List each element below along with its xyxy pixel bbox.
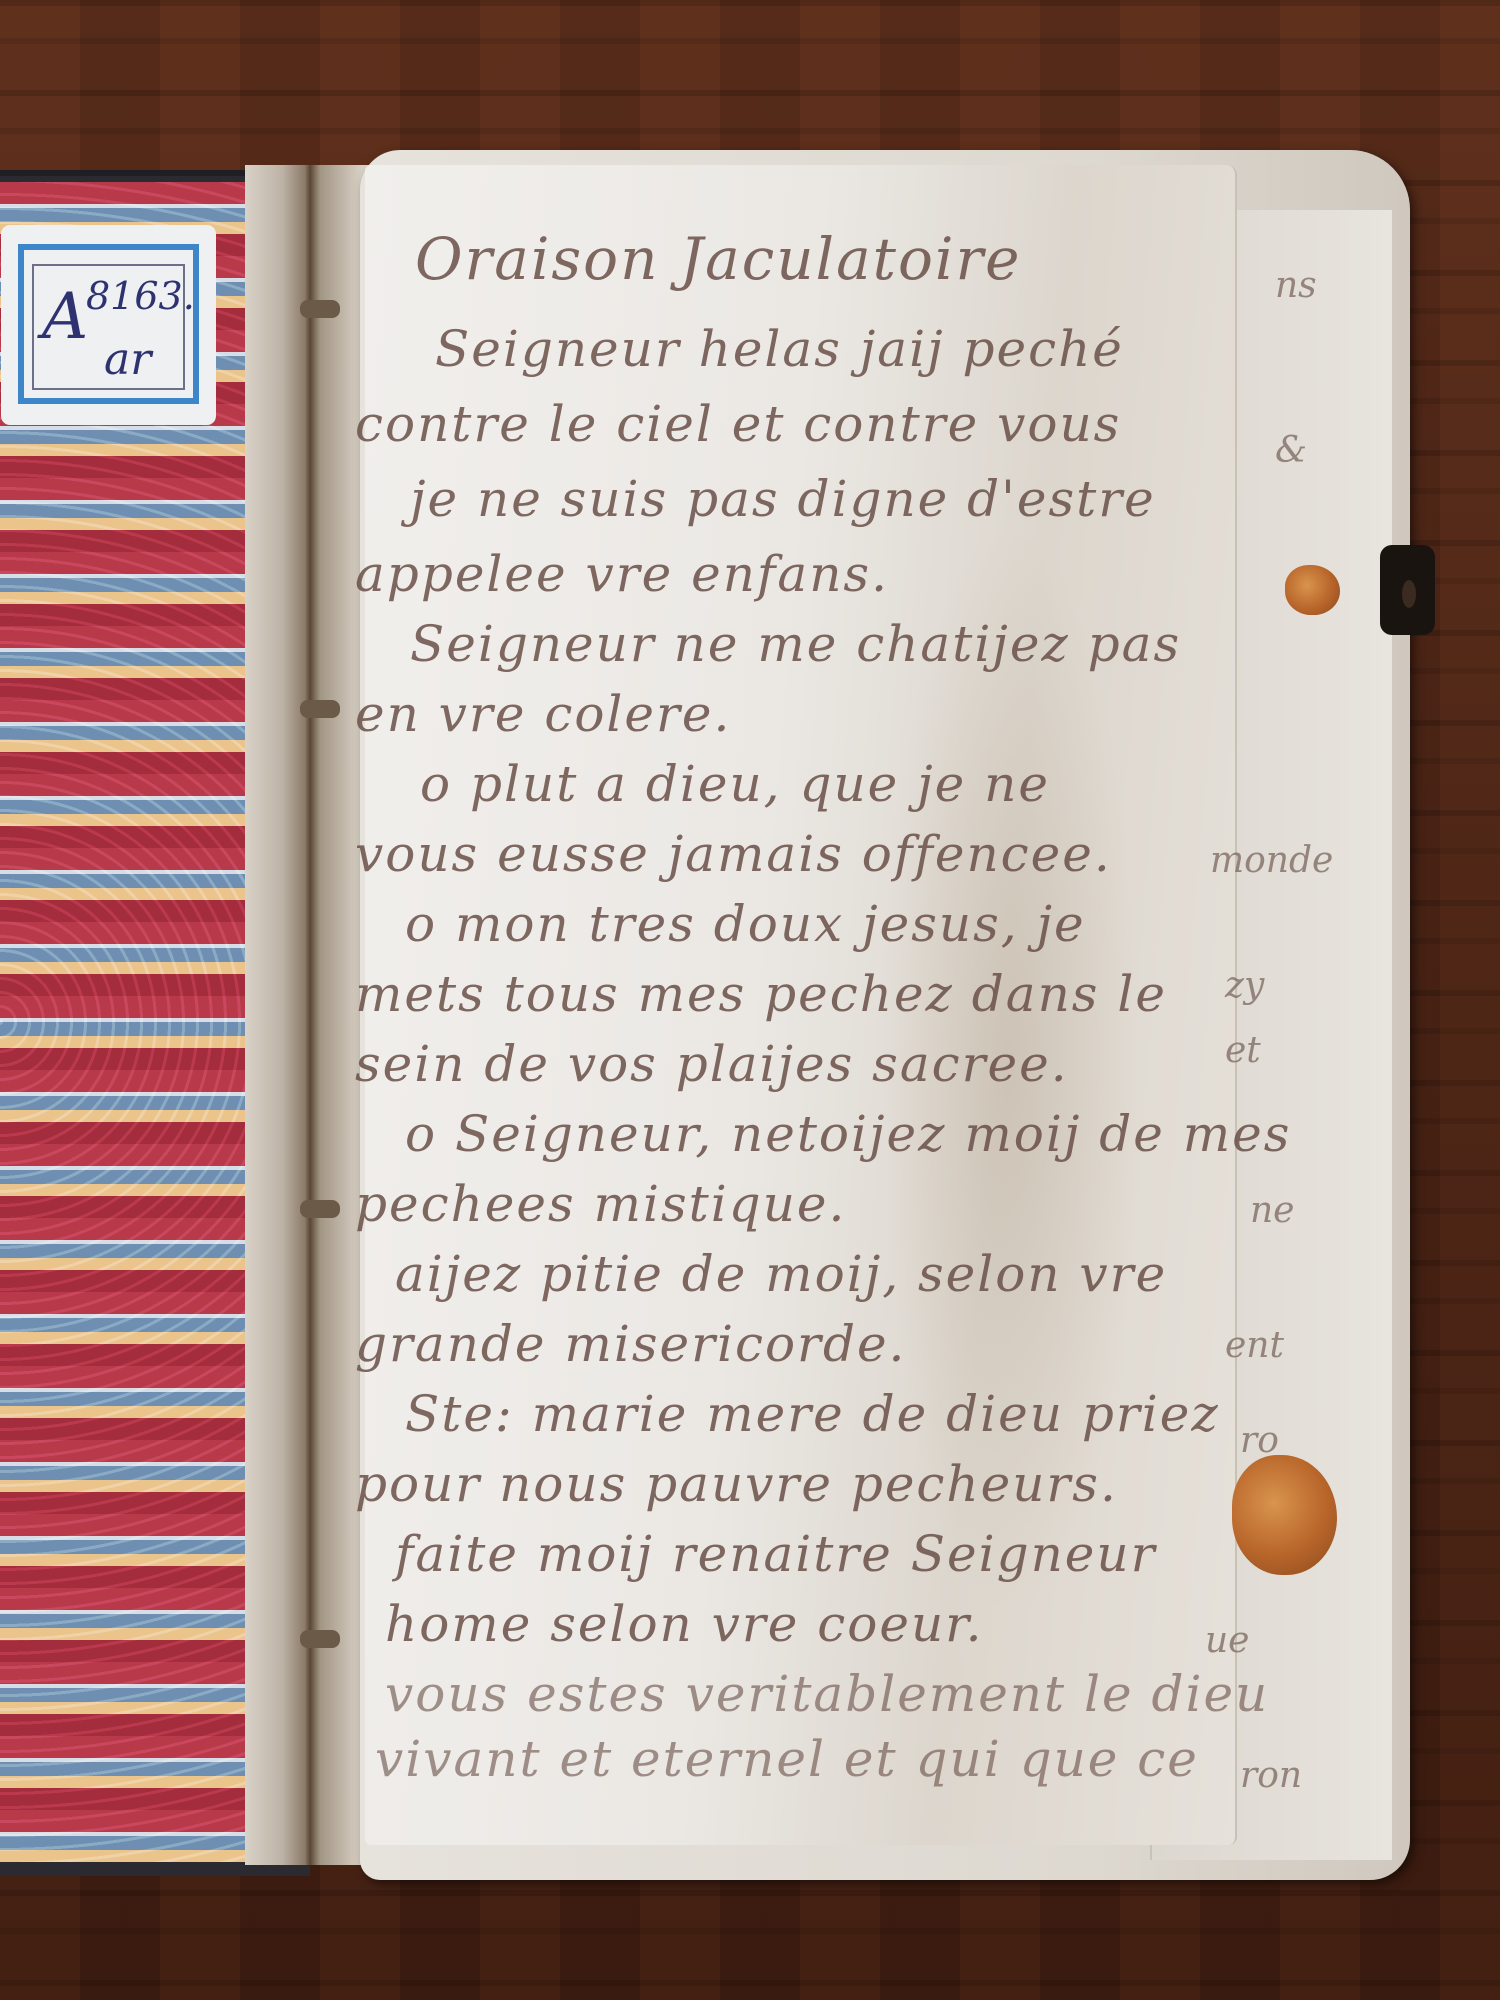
margin-text-fragment: & bbox=[1275, 430, 1307, 471]
shelfmark-number: 8163. bbox=[86, 274, 195, 318]
manuscript-line: je ne suis pas digne d'estre bbox=[410, 470, 1156, 528]
book-spine-gutter bbox=[245, 165, 370, 1865]
margin-text-fragment: ne bbox=[1250, 1190, 1295, 1231]
rust-stain bbox=[1232, 1455, 1337, 1575]
manuscript-line: en vre colere. bbox=[355, 685, 731, 743]
manuscript-line: faite moij renaitre Seigneur bbox=[395, 1525, 1157, 1583]
manuscript-line: pechees mistique. bbox=[355, 1175, 846, 1233]
manuscript-line: Seigneur helas jaij peché bbox=[435, 320, 1124, 378]
rust-stain bbox=[1285, 565, 1340, 615]
margin-text-fragment: et bbox=[1225, 1030, 1261, 1071]
manuscript-line: pour nous pauvre pecheurs. bbox=[355, 1455, 1118, 1513]
manuscript-line: aijez pitie de moij, selon vre bbox=[395, 1245, 1167, 1303]
manuscript-line: mets tous mes pechez dans le bbox=[355, 965, 1167, 1023]
margin-text-fragment: monde bbox=[1210, 840, 1333, 881]
margin-text-fragment: ue bbox=[1205, 1620, 1250, 1661]
binding-thread bbox=[300, 300, 340, 318]
manuscript-line: appelee vre enfans. bbox=[355, 545, 889, 603]
manuscript-line: vous estes veritablement le dieu bbox=[385, 1665, 1269, 1723]
manuscript-line: o Seigneur, netoijez moij de mes bbox=[405, 1105, 1291, 1163]
manuscript-title: Oraison Jaculatoire bbox=[415, 225, 1022, 293]
metal-clasp bbox=[1380, 545, 1435, 635]
manuscript-line: Ste: marie mere de dieu priez bbox=[405, 1385, 1220, 1443]
library-shelfmark-label: A 8163. ar bbox=[6, 230, 211, 420]
margin-text-fragment: ns bbox=[1275, 265, 1317, 306]
manuscript-line: Seigneur ne me chatijez pas bbox=[410, 615, 1181, 673]
manuscript-line: o plut a dieu, que je ne bbox=[420, 755, 1050, 813]
margin-text-fragment: ro bbox=[1240, 1420, 1279, 1461]
manuscript-line: sein de vos plaijes sacree. bbox=[355, 1035, 1069, 1093]
binding-thread bbox=[300, 1630, 340, 1648]
manuscript-line: vous eusse jamais offencee. bbox=[355, 825, 1112, 883]
shelfmark-suffix: ar bbox=[104, 334, 151, 385]
margin-text-fragment: zy bbox=[1225, 965, 1264, 1006]
label-blue-frame: A 8163. ar bbox=[18, 244, 199, 404]
manuscript-line: grande misericorde. bbox=[355, 1315, 906, 1373]
manuscript-line: contre le ciel et contre vous bbox=[355, 395, 1121, 453]
margin-text-fragment: ent bbox=[1225, 1325, 1284, 1366]
binding-thread bbox=[300, 1200, 340, 1218]
manuscript-line: home selon vre coeur. bbox=[385, 1595, 983, 1653]
margin-text-fragment: ron bbox=[1240, 1755, 1302, 1796]
manuscript-line: vivant et eternel et qui que ce bbox=[375, 1730, 1199, 1788]
manuscript-line: o mon tres doux jesus, je bbox=[405, 895, 1086, 953]
binding-thread bbox=[300, 700, 340, 718]
shelfmark-letter: A bbox=[42, 280, 88, 354]
